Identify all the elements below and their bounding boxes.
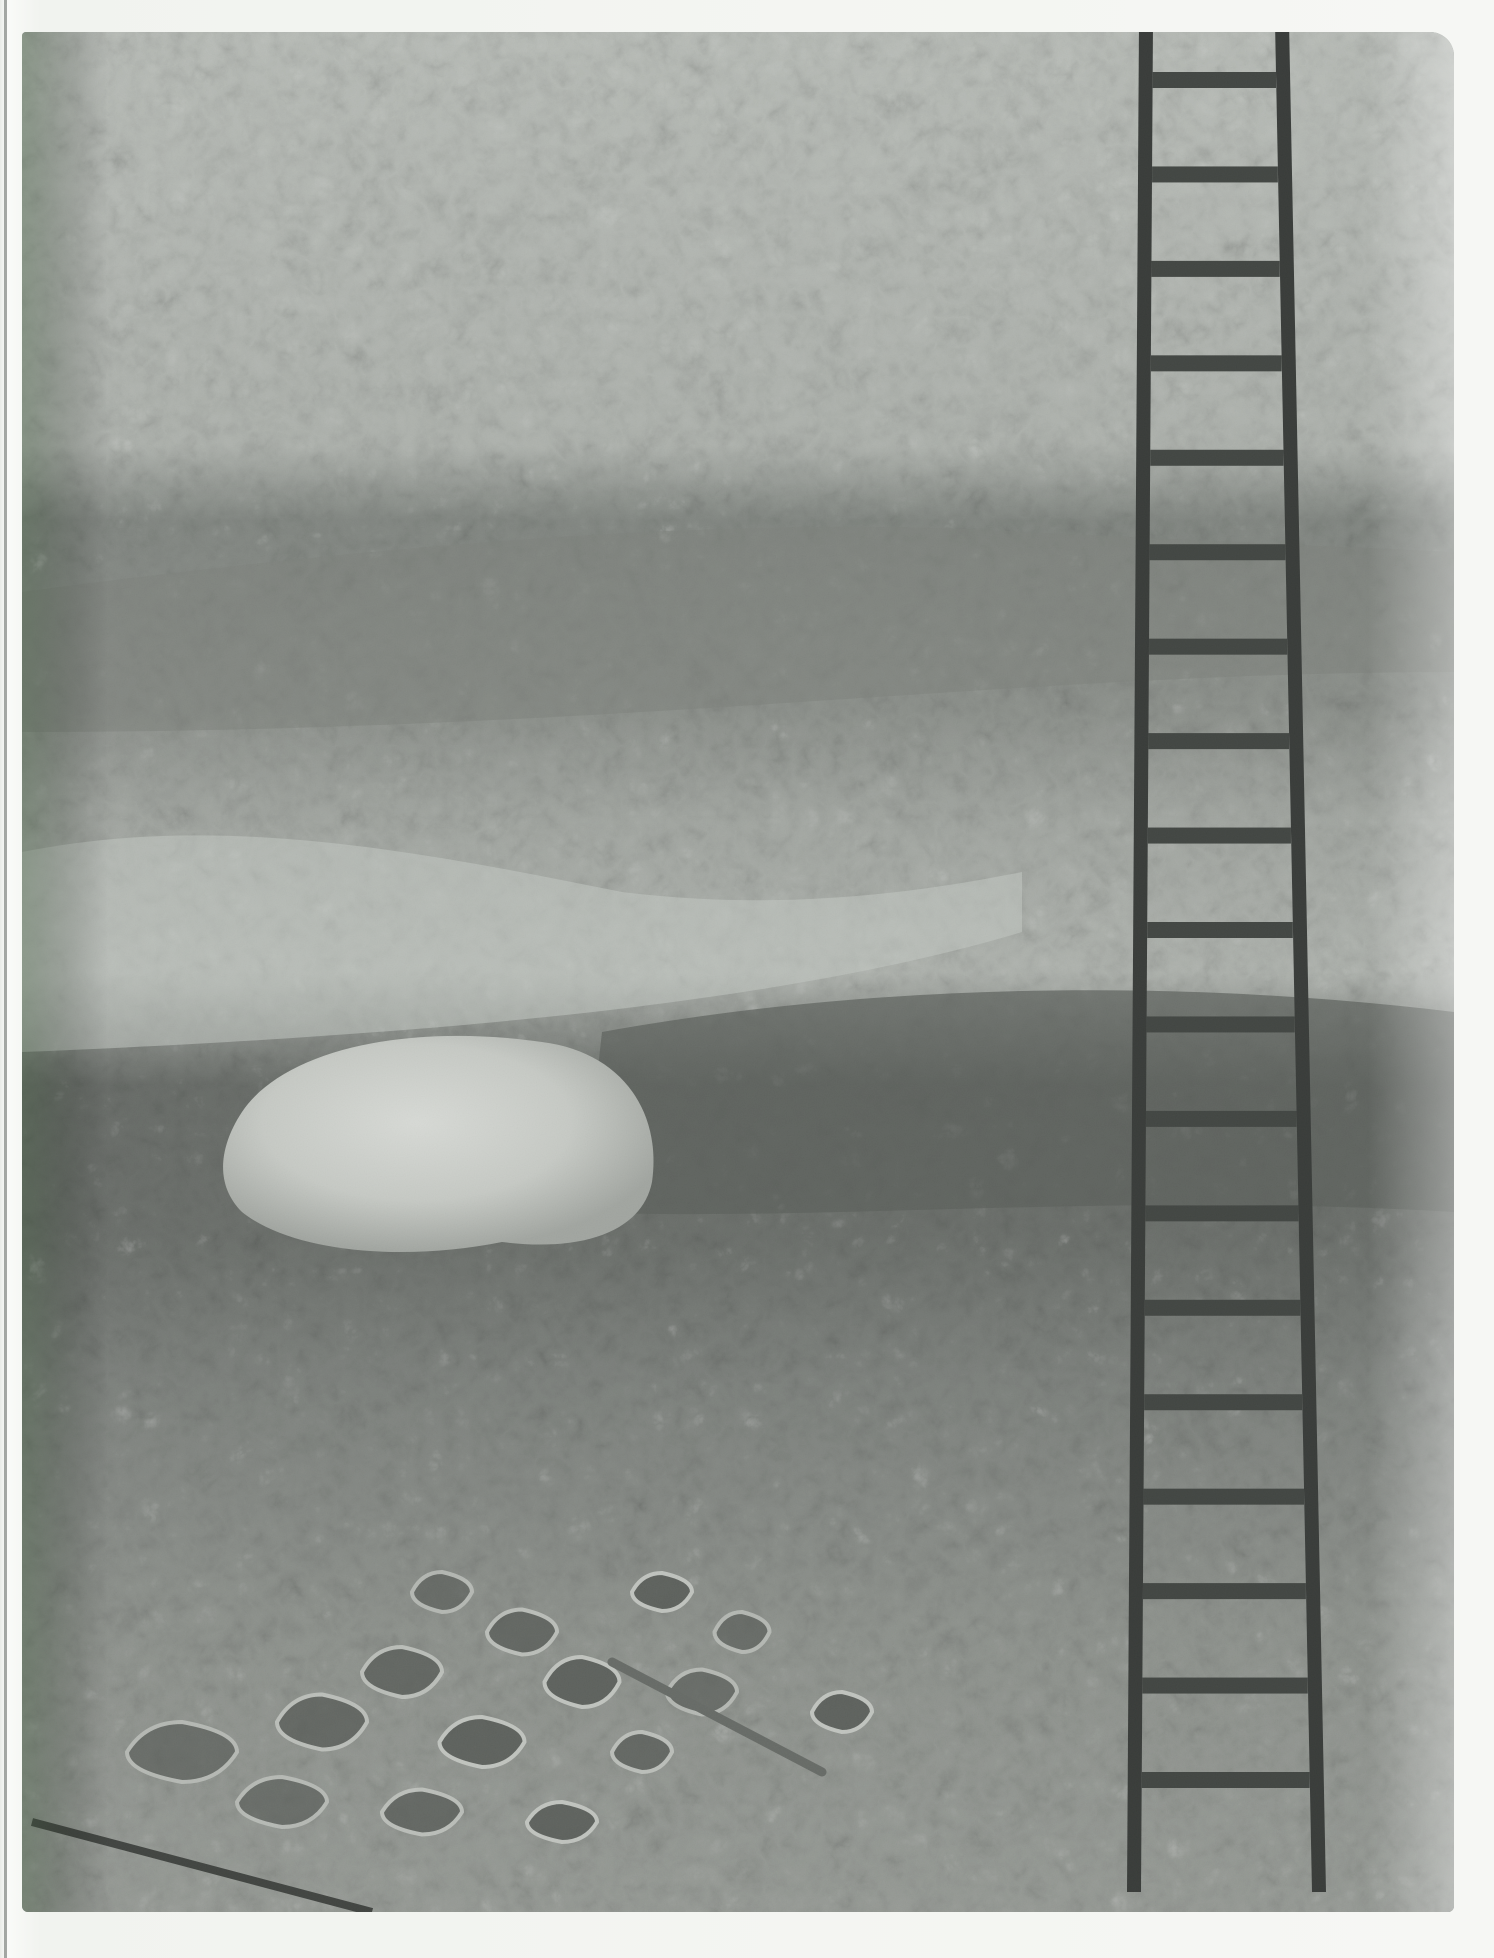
vignette	[22, 32, 1454, 1912]
photograph	[22, 32, 1454, 1912]
rock-face-scene	[22, 32, 1454, 1912]
plate-edge	[4, 0, 7, 1958]
